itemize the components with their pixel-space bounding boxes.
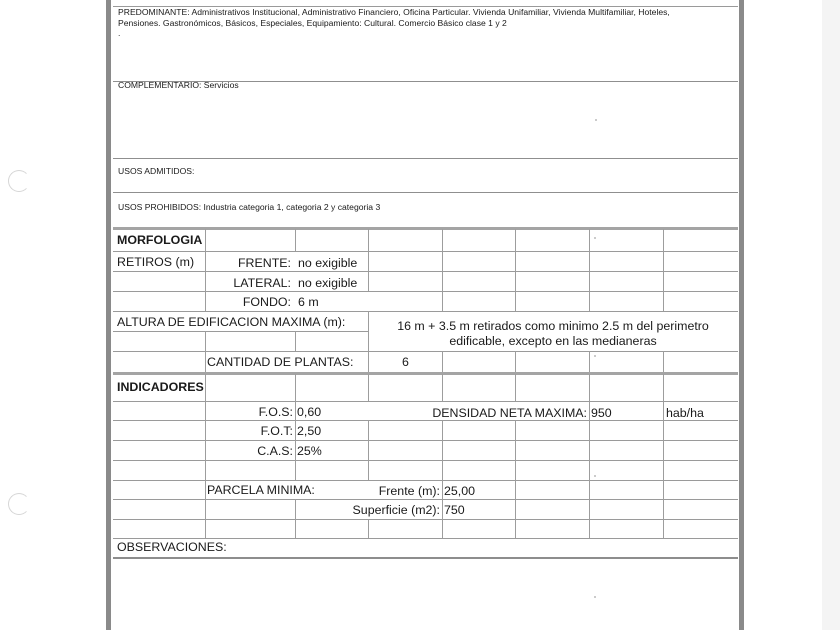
row-line xyxy=(113,460,738,461)
fot-value: 2,50 xyxy=(297,424,321,438)
row-line xyxy=(113,519,738,520)
altura-value-line2: edificable, excepto en las medianeras xyxy=(449,334,656,348)
col-line xyxy=(205,331,206,373)
scan-speck xyxy=(594,237,596,239)
row-line xyxy=(113,351,738,352)
col-line xyxy=(442,420,443,538)
predominante-text-1: Administrativos Institucional, Administr… xyxy=(192,7,670,17)
frente-label: FRENTE: xyxy=(205,256,291,270)
row-line xyxy=(113,499,738,500)
row-line xyxy=(113,331,368,332)
frente-value: no exigible xyxy=(298,256,357,270)
col-line xyxy=(368,374,369,401)
divider xyxy=(113,557,738,559)
predominante-label: PREDOMINANTE: xyxy=(118,7,190,17)
lateral-label: LATERAL: xyxy=(205,276,291,290)
densidad-unit: hab/ha xyxy=(666,406,704,420)
page-edge-shade xyxy=(822,0,840,630)
lateral-value: no exigible xyxy=(298,276,357,290)
parcela-frente-value: 25,00 xyxy=(444,484,475,498)
row-line xyxy=(113,401,738,402)
parcela-frente-label: Frente (m): xyxy=(330,484,440,498)
col-line xyxy=(442,351,443,373)
col-line xyxy=(442,229,443,311)
divider xyxy=(113,158,738,159)
indicadores-title: INDICADORES xyxy=(117,380,204,394)
predominante-dot: . xyxy=(118,28,120,38)
fondo-value: 6 m xyxy=(298,295,319,309)
col-line xyxy=(295,499,296,538)
usos-prohibidos: USOS PROHIBIDOS: Industria categoria 1, … xyxy=(118,202,380,213)
row-line xyxy=(113,251,738,252)
col-line xyxy=(663,351,664,373)
scan-speck xyxy=(595,119,597,121)
col-line xyxy=(663,374,664,538)
row-line xyxy=(113,440,738,441)
row-line xyxy=(113,420,738,421)
col-line xyxy=(295,229,296,251)
densidad-value: 950 xyxy=(591,406,612,420)
row-line xyxy=(113,480,738,481)
complementario: COMPLEMENTARIO: Servicios xyxy=(118,80,239,91)
predominante-block: PREDOMINANTE: Administrativos Institucio… xyxy=(118,7,736,39)
col-line xyxy=(295,331,296,351)
morfologia-title: MORFOLOGIA xyxy=(117,233,202,247)
col-line xyxy=(515,374,516,401)
col-line xyxy=(589,351,590,373)
altura-label: ALTURA DE EDIFICACION MAXIMA (m): xyxy=(117,315,345,329)
cas-label: C.A.S: xyxy=(205,444,293,458)
col-line xyxy=(368,519,369,538)
row-line xyxy=(113,538,738,539)
section-divider xyxy=(113,372,738,375)
scan-speck xyxy=(594,355,596,357)
parcela-label: PARCELA MINIMA: xyxy=(207,483,315,497)
col-line xyxy=(515,351,516,373)
densidad-label: DENSIDAD NETA MAXIMA: xyxy=(368,406,587,420)
fos-value: 0,60 xyxy=(297,405,321,419)
divider xyxy=(113,192,738,193)
plantas-label: CANTIDAD DE PLANTAS: xyxy=(207,355,353,369)
punch-hole-icon xyxy=(8,493,30,515)
superficie-label: Superficie (m2): xyxy=(300,503,440,517)
row-line xyxy=(113,291,738,292)
superficie-value: 750 xyxy=(444,503,465,517)
scan-speck xyxy=(594,596,596,598)
section-divider xyxy=(113,227,738,230)
plantas-value: 6 xyxy=(402,355,409,369)
altura-value-line1: 16 m + 3.5 m retirados como minimo 2.5 m… xyxy=(397,319,709,333)
col-line xyxy=(663,229,664,311)
col-line xyxy=(368,311,369,373)
punch-hole-icon xyxy=(8,170,30,192)
usos-admitidos: USOS ADMITIDOS: xyxy=(118,166,194,177)
cas-value: 25% xyxy=(297,444,322,458)
row-line xyxy=(113,271,738,272)
altura-value: 16 m + 3.5 m retirados como minimo 2.5 m… xyxy=(370,319,736,349)
retiros-label: RETIROS (m) xyxy=(117,255,194,269)
observaciones-label: OBSERVACIONES: xyxy=(117,540,227,554)
col-line xyxy=(589,374,590,538)
col-line xyxy=(589,229,590,311)
scan-speck xyxy=(594,475,596,477)
fos-label: F.O.S: xyxy=(205,405,293,419)
row-line xyxy=(113,311,738,312)
predominante-text-2: Pensiones. Gastronómicos, Básicos, Espec… xyxy=(118,18,507,28)
col-line xyxy=(295,374,296,480)
fot-label: F.O.T: xyxy=(205,424,293,438)
col-line xyxy=(515,229,516,311)
col-line xyxy=(368,420,369,480)
col-line xyxy=(368,229,369,291)
col-line xyxy=(515,420,516,538)
fondo-label: FONDO: xyxy=(205,295,291,309)
col-line xyxy=(442,374,443,401)
